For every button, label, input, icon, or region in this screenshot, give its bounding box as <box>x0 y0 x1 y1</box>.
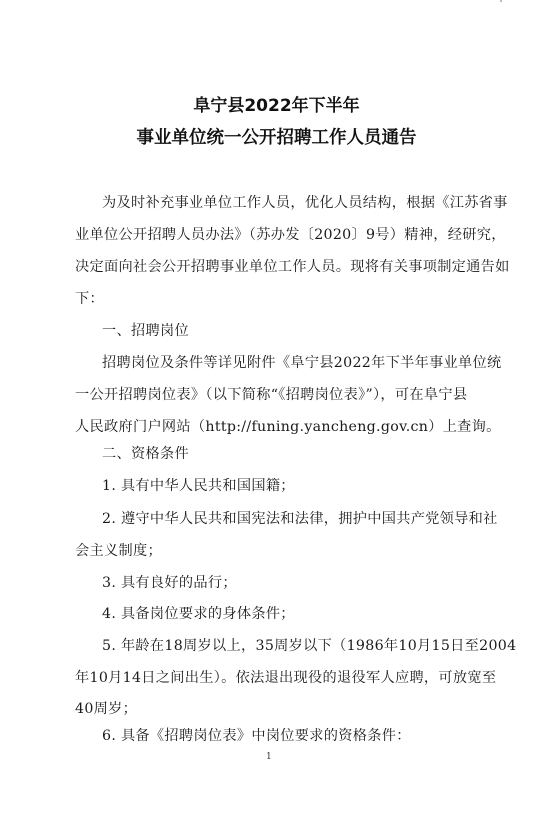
intro-line-2: 业单位公开招聘人员办法》（苏办发〔2020〕9号）精神，经研究， <box>75 224 506 244</box>
title-line-1: 阜宁县2022年下半年 <box>0 91 553 116</box>
intro-line-4: 下： <box>75 288 104 308</box>
section2-heading: 二、资格条件 <box>102 443 189 463</box>
qualification-item-1: 1. 具有中华人民共和国国籍； <box>102 475 295 495</box>
document-page: 阜宁县2022年下半年 事业单位统一公开招聘工作人员通告 为及时补充事业单位工作… <box>0 0 553 819</box>
scan-speck <box>500 0 502 2</box>
qualification-item-4: 4. 具备岗位要求的身体条件； <box>102 603 295 623</box>
qualification-item-5-cont-1: 年10月14日之间出生）。依法退出现役的退役军人应聘，可放宽至 <box>75 667 496 687</box>
qualification-item-3: 3. 具有良好的品行； <box>102 572 237 592</box>
qualification-item-5: 5. 年龄在18周岁以上，35周岁以下（1986年10月15日至2004 <box>102 635 516 655</box>
qualification-item-2-cont: 会主义制度； <box>75 540 162 560</box>
qualification-item-6: 6. 具备《招聘岗位表》中岗位要求的资格条件： <box>102 725 411 745</box>
section1-body-2: 一公开招聘岗位表》（以下简称“《招聘岗位表》”），可在阜宁县 <box>75 384 467 404</box>
intro-line-3: 决定面向社会公开招聘事业单位工作人员。现将有关事项制定通告如 <box>75 256 510 276</box>
title-line-2: 事业单位统一公开招聘工作人员通告 <box>0 124 553 149</box>
intro-line-1: 为及时补充事业单位工作人员，优化人员结构，根据《江苏省事 <box>102 192 508 212</box>
section1-heading: 一、招聘岗位 <box>102 320 189 340</box>
qualification-item-5-cont-2: 40周岁； <box>75 698 137 718</box>
page-number: 1 <box>266 752 272 762</box>
section1-body-1: 招聘岗位及条件等详见附件《阜宁县2022年下半年事业单位统 <box>102 352 502 372</box>
qualification-item-2: 2. 遵守中华人民共和国宪法和法律，拥护中国共产党领导和社 <box>102 508 498 528</box>
section1-body-3: 人民政府门户网站（http://funing.yancheng.gov.cn）上… <box>75 416 501 436</box>
